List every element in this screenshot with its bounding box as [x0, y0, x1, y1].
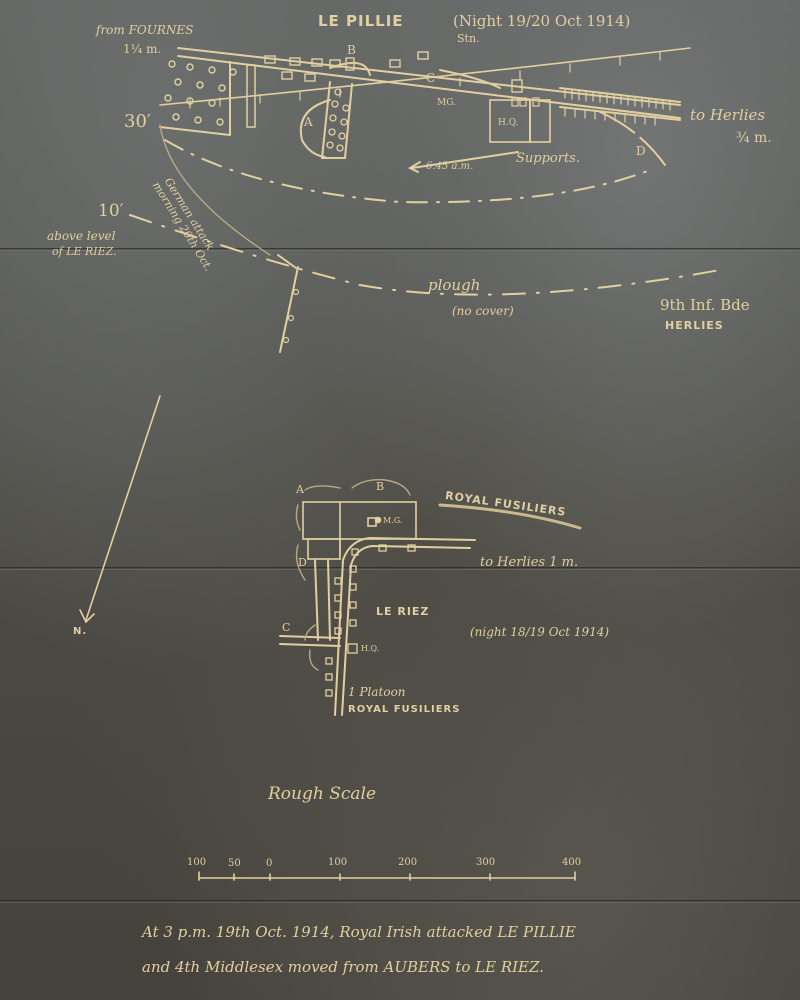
- label-brigade-location: HERLIES: [665, 320, 724, 331]
- scale-tick: 50: [228, 859, 241, 869]
- label-mg-bottom: M.G.: [383, 517, 402, 525]
- label-platoon-fusiliers: ROYAL FUSILIERS: [348, 705, 460, 715]
- contour-10ft: [130, 215, 720, 295]
- point-c-bottom: C: [282, 622, 290, 633]
- label-to-herlies: to Herlies: [690, 108, 765, 123]
- label-brigade: 9th Inf. Bde: [660, 298, 750, 313]
- label-hq-top: H.Q.: [498, 119, 519, 128]
- label-station: Stn.: [457, 33, 480, 44]
- point-a-top: A: [304, 116, 313, 128]
- scale-tick: 100: [187, 858, 206, 868]
- label-no-cover: (no cover): [452, 305, 514, 317]
- scale-tick: 100: [328, 858, 347, 868]
- map-drawing: [0, 0, 800, 1000]
- label-contour-30: 30′: [124, 113, 151, 131]
- caption-line-1: At 3 p.m. 19th Oct. 1914, Royal Irish at…: [142, 925, 576, 940]
- point-b-bottom: B: [376, 481, 384, 492]
- label-to-herlies-bottom: to Herlies 1 m.: [480, 556, 578, 569]
- label-from-fournes: from FOURNES: [96, 24, 193, 36]
- label-time-645: 6.45 a.m.: [426, 162, 473, 172]
- title-le-riez: LE RIEZ: [376, 606, 429, 617]
- point-d-bottom: D: [298, 557, 307, 568]
- title-le-pillie: LE PILLIE: [318, 14, 404, 29]
- point-d-top: D: [636, 145, 646, 157]
- subtitle-le-pillie: (Night 19/20 Oct 1914): [453, 14, 630, 29]
- orchard-trees-west: [165, 61, 236, 125]
- scale-tick: 0: [266, 859, 272, 869]
- scale-tick: 400: [562, 858, 581, 868]
- label-hq-bottom: H.Q.: [361, 645, 379, 653]
- le-riez-trenches: [296, 480, 410, 670]
- label-of-le-riez: of LE RIEZ.: [52, 246, 117, 257]
- north-label: N.: [73, 627, 87, 637]
- point-b-top: B: [347, 44, 356, 56]
- contour-30ft: [165, 140, 650, 202]
- label-platoon: 1 Platoon: [348, 686, 406, 698]
- label-fournes-distance: 1¼ m.: [123, 43, 161, 55]
- scale-tick: 200: [398, 858, 417, 868]
- label-above-level: above level: [47, 230, 115, 242]
- scale-bar: [199, 872, 575, 880]
- scale-title: Rough Scale: [268, 786, 376, 803]
- historical-map: LE PILLIE (Night 19/20 Oct 1914) from FO…: [0, 0, 800, 1000]
- subtitle-le-riez: (night 18/19 Oct 1914): [470, 626, 609, 638]
- caption-line-2: and 4th Middlesex moved from AUBERS to L…: [142, 960, 544, 975]
- orchard-a: [301, 63, 370, 158]
- label-mg-top: MG.: [437, 99, 456, 108]
- point-a-bottom: A: [296, 484, 304, 495]
- label-supports: Supports.: [516, 152, 580, 165]
- label-plough: plough: [428, 278, 480, 293]
- orchard-block-west: [160, 62, 255, 135]
- label-herlies-distance: ¾ m.: [736, 131, 772, 145]
- label-contour-10: 10′: [98, 203, 124, 220]
- scale-tick: 300: [476, 858, 495, 868]
- point-c-top: C: [426, 72, 435, 84]
- north-arrow-icon: [86, 396, 160, 620]
